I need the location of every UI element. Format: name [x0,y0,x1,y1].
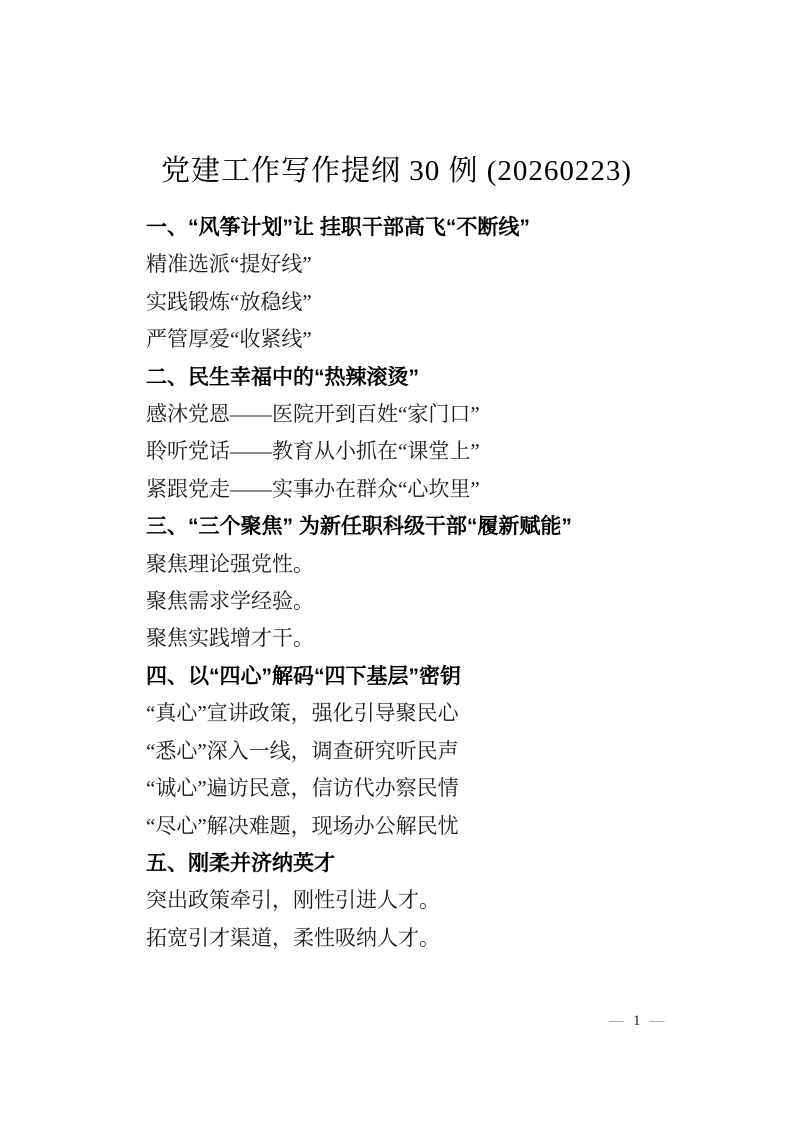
page-number-right-dash: — [650,1013,665,1029]
section-2-heading: 二、民生幸福中的“热辣滚烫” [146,359,733,396]
outline-line: “诚心”遍访民意，信访代办察民情 [146,770,733,807]
document-page: 党建工作写作提纲 30 例 (20260223) 一、“风筝计划”让 挂职干部高… [0,0,793,1122]
section-1-heading: 一、“风筝计划”让 挂职干部高飞“不断线” [146,209,733,246]
document-title: 党建工作写作提纲 30 例 (20260223) [0,148,793,189]
outline-line: “悉心”深入一线，调查研究听民声 [146,733,733,770]
outline-line: “真心”宣讲政策，强化引导聚民心 [146,695,733,732]
outline-line: 拓宽引才渠道，柔性吸纳人才。 [146,920,733,957]
section-3-heading: 三、“三个聚焦” 为新任职科级干部“履新赋能” [146,508,733,545]
outline-line: 实践锻炼“放稳线” [146,284,733,321]
page-number-value: 1 [633,1013,641,1030]
outline-line: 感沐党恩——医院开到百姓“家门口” [146,396,733,433]
outline-line: 聚焦实践增才干。 [146,620,733,657]
section-4-heading: 四、以“四心”解码“四下基层”密钥 [146,658,733,695]
page-number-left-dash: — [609,1013,624,1029]
outline-line: 聚焦理论强党性。 [146,546,733,583]
page-number: —1— [609,1013,665,1030]
outline-line: 紧跟党走——实事办在群众“心坎里” [146,471,733,508]
outline-line: “尽心”解决难题，现场办公解民忧 [146,808,733,845]
section-5-heading: 五、刚柔并济纳英才 [146,845,733,882]
outline-line: 突出政策牵引，刚性引进人才。 [146,882,733,919]
document-body: 一、“风筝计划”让 挂职干部高飞“不断线” 精准选派“提好线” 实践锻炼“放稳线… [146,209,733,957]
outline-line: 聆听党话——教育从小抓在“课堂上” [146,433,733,470]
outline-line: 聚焦需求学经验。 [146,583,733,620]
outline-line: 精准选派“提好线” [146,246,733,283]
outline-line: 严管厚爱“收紧线” [146,321,733,358]
